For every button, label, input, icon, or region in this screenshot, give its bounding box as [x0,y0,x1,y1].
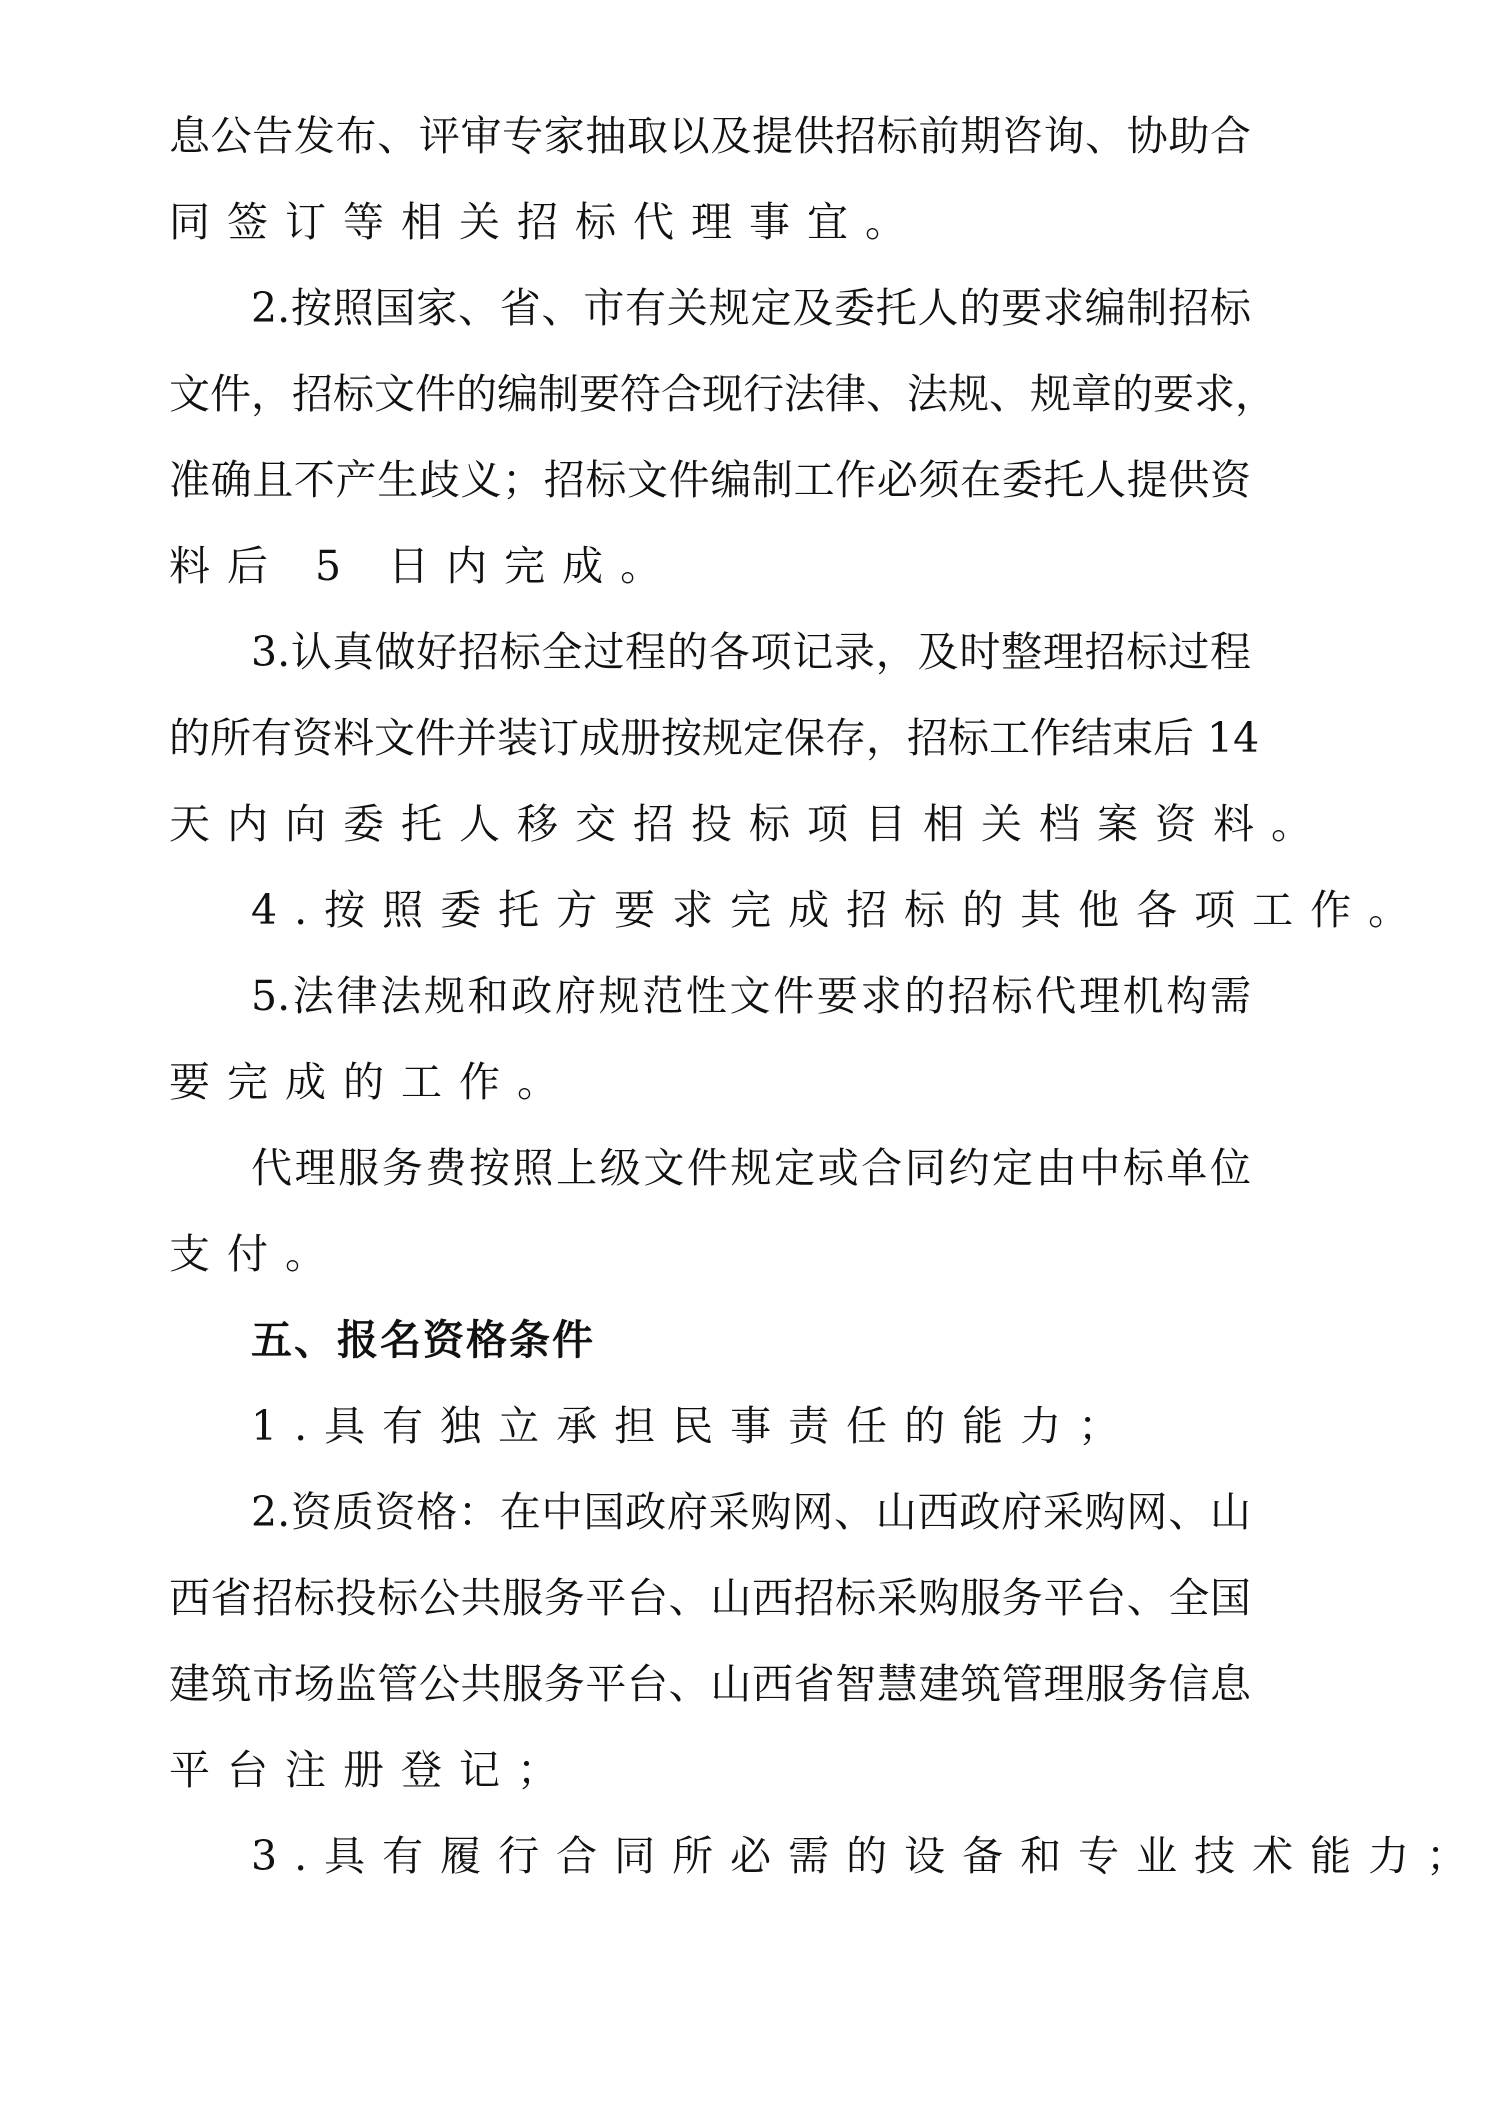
text-line: 1.具有独立承担民事责任的能力； [169,1398,1251,1484]
text-line: 的所有资料文件并装订成册按规定保存，招标工作结束后 14 [169,710,1251,796]
paragraph-continuation: 息公告发布、评审专家抽取以及提供招标前期咨询、协助合 同签订等相关招标代理事宜。 [169,108,1251,280]
text-line: 文件，招标文件的编制要符合现行法律、法规、规章的要求， [169,366,1251,452]
paragraph-item-2: 2.按照国家、省、市有关规定及委托人的要求编制招标 文件，招标文件的编制要符合现… [169,280,1251,624]
paragraph-item-5: 5.法律法规和政府规范性文件要求的招标代理机构需 要完成的工作。 [169,968,1251,1140]
text-line: 3.认真做好招标全过程的各项记录，及时整理招标过程 [169,624,1251,710]
text-line: 料后 5 日内完成。 [169,538,1251,624]
text-line: 3.具有履行合同所必需的设备和专业技术能力； [169,1828,1251,1914]
text-line: 息公告发布、评审专家抽取以及提供招标前期咨询、协助合 [169,108,1251,194]
paragraph-agency-fee: 代理服务费按照上级文件规定或合同约定由中标单位 支付。 [169,1140,1251,1312]
text-line: 代理服务费按照上级文件规定或合同约定由中标单位 [169,1140,1251,1226]
paragraph-item-4: 4.按照委托方要求完成招标的其他各项工作。 [169,882,1251,968]
text-line: 准确且不产生歧义；招标文件编制工作必须在委托人提供资 [169,452,1251,538]
text-line: 天内向委托人移交招投标项目相关档案资料。 [169,796,1251,882]
text-line: 要完成的工作。 [169,1054,1251,1140]
text-line: 5.法律法规和政府规范性文件要求的招标代理机构需 [169,968,1251,1054]
section-heading: 五、报名资格条件 [169,1312,1251,1398]
text-line: 平台注册登记； [169,1742,1251,1828]
text-line: 4.按照委托方要求完成招标的其他各项工作。 [169,882,1251,968]
qualification-item-3: 3.具有履行合同所必需的设备和专业技术能力； [169,1828,1251,1914]
text-line: 2.资质资格：在中国政府采购网、山西政府采购网、山 [169,1484,1251,1570]
qualification-item-2: 2.资质资格：在中国政府采购网、山西政府采购网、山 西省招标投标公共服务平台、山… [169,1484,1251,1828]
paragraph-item-3: 3.认真做好招标全过程的各项记录，及时整理招标过程 的所有资料文件并装订成册按规… [169,624,1251,882]
qualification-item-1: 1.具有独立承担民事责任的能力； [169,1398,1251,1484]
section-title: 五、报名资格条件 [169,1312,1251,1398]
text-line: 建筑市场监管公共服务平台、山西省智慧建筑管理服务信息 [169,1656,1251,1742]
document-page: 息公告发布、评审专家抽取以及提供招标前期咨询、协助合 同签订等相关招标代理事宜。… [169,108,1251,1914]
text-line: 西省招标投标公共服务平台、山西招标采购服务平台、全国 [169,1570,1251,1656]
text-line: 同签订等相关招标代理事宜。 [169,194,1251,280]
text-line: 2.按照国家、省、市有关规定及委托人的要求编制招标 [169,280,1251,366]
text-line: 支付。 [169,1226,1251,1312]
